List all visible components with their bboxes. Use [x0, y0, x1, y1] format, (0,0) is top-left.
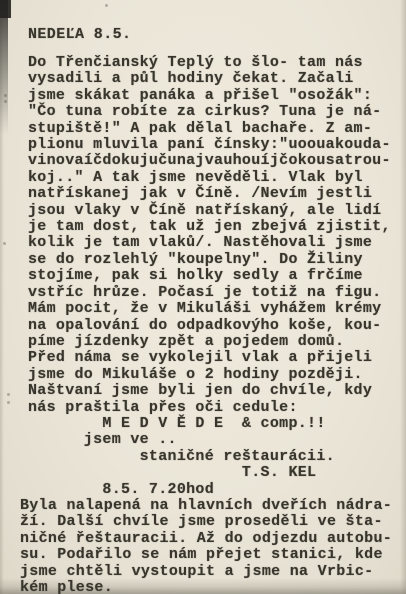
text-line: píme jízdenky zpět a pojedem domů.	[28, 334, 392, 350]
text-line: vysadili a půl hodiny čekat. Začali	[28, 71, 392, 87]
text-line: ží. Další chvíle jsme proseděli ve šta-	[20, 514, 392, 530]
sign-text-line: jsem ve ..	[28, 432, 392, 448]
text-line: kém plese.	[20, 580, 392, 594]
entry-title: NEDEĽA 8.5.	[28, 26, 392, 43]
photo-corner-top-left	[0, 0, 11, 18]
typewritten-diary-page: NEDEĽA 8.5. Do Třenčianský Teplý to šlo-…	[0, 0, 406, 594]
entry-paragraph-1: Do Třenčianský Teplý to šlo- tam nás vys…	[28, 55, 392, 498]
text-line: jsme do Mikuláše o 2 hodiny později.	[28, 367, 392, 383]
text-line: stojíme, pak si holky sedly a frčíme	[28, 268, 392, 284]
text-line: natřískanej jak v Číně. /Nevím jestli	[28, 186, 392, 202]
text-line: ničné řeštauracii. Až do odjezdu autobu-	[20, 531, 392, 547]
ink-speck	[7, 393, 10, 396]
text-line: jsme chtěli vystoupit a jsme na Vrbic-	[20, 564, 392, 580]
ink-speck	[105, 4, 108, 7]
text-line: Do Třenčianský Teplý to šlo- tam nás	[28, 55, 392, 71]
text-line: Mám pocit, že v Mikuláši vyhážem krémy	[28, 301, 392, 317]
text-line: su. Podařilo se nám přejet stanici, kde	[20, 547, 392, 563]
photo-edge-right	[400, 0, 406, 594]
text-line: je tam dost, tak už jen zbejvá zjistit,	[28, 219, 392, 235]
ink-speck	[4, 100, 7, 103]
signature-line: T.S. KEL	[28, 465, 392, 481]
text-line: vinovaíčdokujučunajvauhouíjčokousatrou-	[28, 153, 392, 169]
text-line: Naštvaní jsme byli jen do chvíle, kdy	[28, 383, 392, 399]
sign-text-line: staničné reštaurácii.	[28, 449, 392, 465]
text-line: nás praštila přes oči cedule:	[28, 400, 392, 416]
diary-entry: NEDEĽA 8.5. Do Třenčianský Teplý to šlo-…	[28, 26, 392, 594]
ink-speck	[4, 94, 7, 97]
text-line: jsme skákat panáka a přišel "osožák":	[28, 88, 392, 104]
text-line: vstříc hrůze. Počasí je totiž na figu.	[28, 285, 392, 301]
text-line: kolik je tam vlaků/. Nastěhovali jsme	[28, 235, 392, 251]
text-line: Před náma se vykolejil vlak a přijeli	[28, 350, 392, 366]
ink-speck	[7, 401, 10, 404]
sign-text-line: M E D V Ě D E & comp.!!	[28, 416, 392, 432]
text-line: stupiště!" A pak dělal bachaře. Z am-	[28, 121, 392, 137]
entry-time-line: 8.5. 7.20hod	[28, 482, 392, 498]
text-line: plionu mluvila paní čínsky:"uoouakouda-	[28, 137, 392, 153]
entry-paragraph-2: Byla nalapená na hlavních dveřích nádra-…	[20, 498, 392, 594]
text-line: koj.." A tak jsme nevěděli. Vlak byl	[28, 170, 392, 186]
photo-edge-left-dark	[0, 0, 8, 135]
text-line: na opalování do odpadkovýho koše, kou-	[28, 318, 392, 334]
text-line: Byla nalapená na hlavních dveřích nádra-	[20, 498, 392, 514]
text-line: jsou vlaky v Číně natřískaný, ale lidí	[28, 203, 392, 219]
ink-speck	[3, 242, 6, 245]
text-line: se do rozlehlý "koupelny". Do Žiliny	[28, 252, 392, 268]
text-line: "Čo tuna robíte za cirkus? Tuna je ná-	[28, 104, 392, 120]
